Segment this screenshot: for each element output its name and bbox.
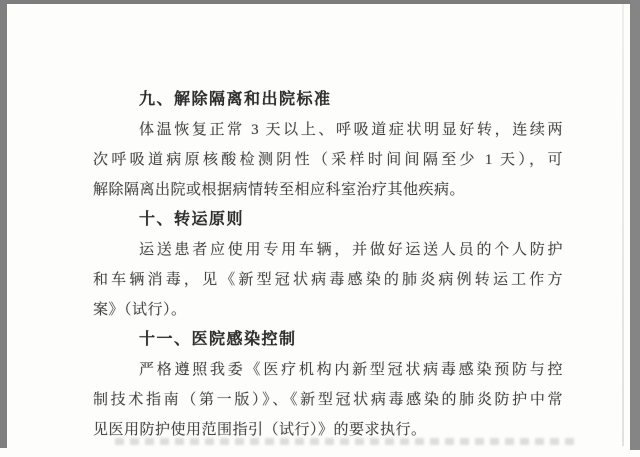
section-10-heading: 十、转运原则 [93, 205, 563, 235]
section-9-line-3: 解除隔离出院或根据病情转至相应科室治疗其他疾病。 [93, 175, 563, 205]
document-text-block: 九、解除隔离和出院标准 体温恢复正常 3 天以上、呼吸道症状明显好转，连续两 次… [93, 85, 563, 445]
cropped-next-line-remnant [115, 438, 577, 445]
scan-border-right [630, 0, 640, 450]
scanned-document-screenshot: 九、解除隔离和出院标准 体温恢复正常 3 天以上、呼吸道症状明显好转，连续两 次… [0, 0, 640, 457]
section-10-line-3: 案》（试行）。 [93, 295, 563, 325]
section-11-line-2: 制技术指南（第一版）》、《新型冠状病毒感染的肺炎防护中常 [93, 385, 563, 415]
section-9-line-1: 体温恢复正常 3 天以上、呼吸道症状明显好转，连续两 [93, 115, 563, 145]
section-11-line-1: 严格遵照我委《医疗机构内新型冠状病毒感染预防与控 [93, 355, 563, 385]
section-9-heading: 九、解除隔离和出院标准 [93, 85, 563, 115]
section-10-line-1: 运送患者应使用专用车辆，并做好运送人员的个人防护 [93, 235, 563, 265]
section-10-line-2: 和车辆消毒，见《新型冠状病毒感染的肺炎病例转运工作方 [93, 265, 563, 295]
scan-border-top [0, 0, 640, 4]
scan-border-left [0, 0, 7, 448]
section-9-line-2: 次呼吸道病原核酸检测阴性（采样时间间隔至少 1 天），可 [93, 145, 563, 175]
page-edge-shadow [622, 4, 624, 446]
section-11-heading: 十一、医院感染控制 [93, 325, 563, 355]
